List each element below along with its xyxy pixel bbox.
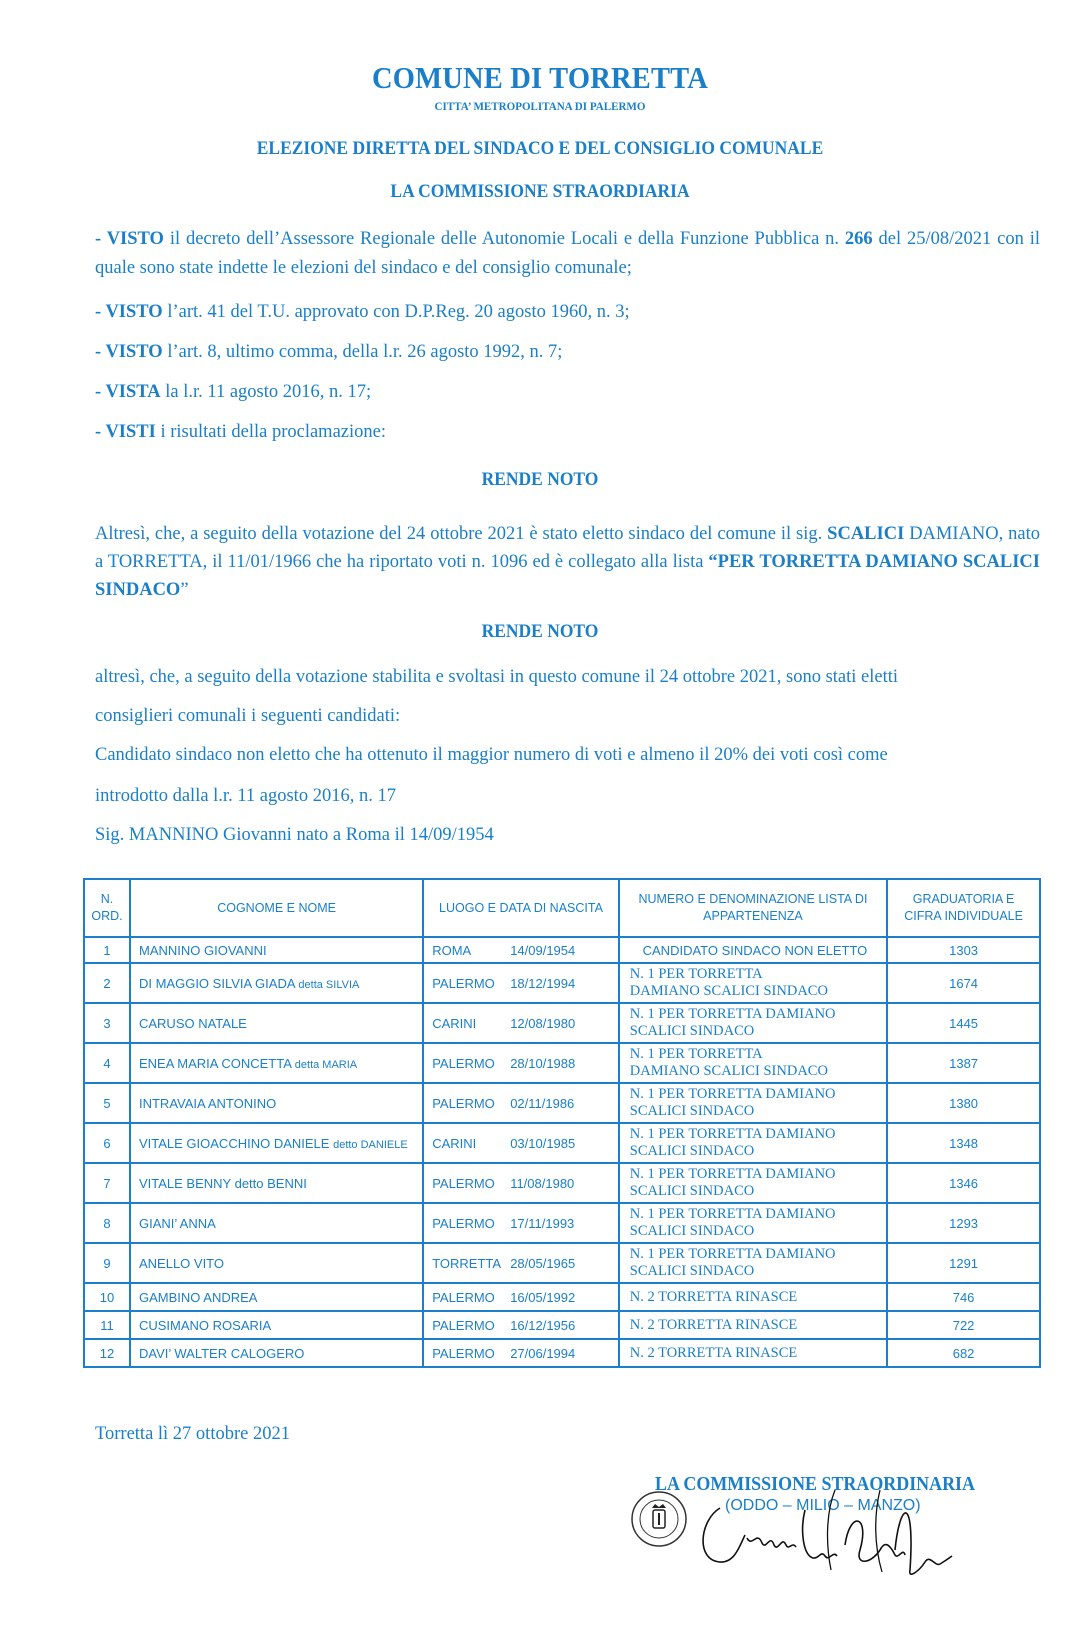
consideration-2: - VISTO l’art. 41 del T.U. approvato con… <box>95 302 630 323</box>
candidate-name: VITALE GIOACCHINO DANIELE detto DANIELE <box>130 1123 423 1163</box>
birth-date: 03/10/1985 <box>510 1136 575 1151</box>
birth-info: ROMA14/09/1954 <box>423 937 619 963</box>
list-affiliation: CANDIDATO SINDACO NON ELETTO <box>619 937 887 963</box>
list-line-1: N. 2 TORRETTA RINASCE <box>630 1289 880 1306</box>
list-line-1: CANDIDATO SINDACO NON ELETTO <box>630 942 880 959</box>
birth-date: 11/08/1980 <box>510 1176 574 1191</box>
table-row: 8GIANI’ ANNAPALERMO17/11/1993N. 1 PER TO… <box>84 1203 1040 1243</box>
list-line-2: DAMIANO SCALICI SINDACO <box>630 983 880 1000</box>
birth-place: PALERMO <box>432 1176 510 1191</box>
candidate-full-name: CUSIMANO ROSARIA <box>139 1318 271 1333</box>
mayor-election-paragraph: Altresì, che, a seguito della votazione … <box>95 520 1040 604</box>
row-number: 2 <box>84 963 130 1003</box>
list-affiliation: N. 1 PER TORRETTA DAMIANOSCALICI SINDACO <box>619 1003 887 1043</box>
candidate-name: GIANI’ ANNA <box>130 1203 423 1243</box>
candidate-name: CUSIMANO ROSARIA <box>130 1311 423 1339</box>
consideration-1: - VISTO il decreto dell’Assessore Region… <box>95 225 1040 283</box>
col-header-votes: GRADUATORIA E CIFRA INDIVIDUALE <box>887 879 1040 937</box>
candidate-name: DI MAGGIO SILVIA GIADA detta SILVIA <box>130 963 423 1003</box>
birth-info: PALERMO27/06/1994 <box>423 1339 619 1367</box>
consideration-text: la l.r. 11 agosto 2016, n. 17; <box>161 382 372 402</box>
birth-info: PALERMO17/11/1993 <box>423 1203 619 1243</box>
candidate-full-name: DI MAGGIO SILVIA GIADA <box>139 976 298 991</box>
rende-noto-heading-2: RENDE NOTO <box>43 621 1037 643</box>
table-row: 1MANNINO GIOVANNIROMA14/09/1954CANDIDATO… <box>84 937 1040 963</box>
individual-votes: 746 <box>887 1283 1040 1311</box>
list-line-2: SCALICI SINDACO <box>630 1263 880 1280</box>
individual-votes: 1346 <box>887 1163 1040 1203</box>
consideration-keyword: - VISTO <box>95 342 163 362</box>
councillors-line-3: Candidato sindaco non eletto che ha otte… <box>95 745 888 766</box>
list-line-2: SCALICI SINDACO <box>630 1183 880 1200</box>
consideration-text: l’art. 8, ultimo comma, della l.r. 26 ag… <box>163 342 563 362</box>
list-affiliation: N. 1 PER TORRETTA DAMIANOSCALICI SINDACO <box>619 1203 887 1243</box>
candidate-full-name: ENEA MARIA CONCETTA <box>139 1056 295 1071</box>
candidate-full-name: ANELLO VITO <box>139 1256 224 1271</box>
consideration-text: l’art. 41 del T.U. approvato con D.P.Reg… <box>163 302 630 322</box>
list-line-1: N. 2 TORRETTA RINASCE <box>630 1317 880 1334</box>
list-affiliation: N. 1 PER TORRETTA DAMIANOSCALICI SINDACO <box>619 1083 887 1123</box>
col-header-birth: LUOGO E DATA DI NASCITA <box>423 879 619 937</box>
mayor-surname: SCALICI <box>827 524 904 544</box>
list-affiliation: N. 1 PER TORRETTADAMIANO SCALICI SINDACO <box>619 963 887 1003</box>
candidate-alias: detto DANIELE <box>333 1139 408 1151</box>
elected-councillors-table: N. ORD. COGNOME E NOME LUOGO E DATA DI N… <box>83 878 1041 1368</box>
page-subtitle: CITTA’ METROPOLITANA DI PALERMO <box>43 99 1037 114</box>
birth-date: 16/12/1956 <box>510 1318 575 1333</box>
list-line-1: N. 1 PER TORRETTA DAMIANO <box>630 1006 880 1023</box>
row-number: 4 <box>84 1043 130 1083</box>
list-line-2: DAMIANO SCALICI SINDACO <box>630 1063 880 1080</box>
row-number: 6 <box>84 1123 130 1163</box>
list-affiliation: N. 2 TORRETTA RINASCE <box>619 1339 887 1367</box>
consideration-keyword: - VISTO <box>95 302 163 322</box>
table-row: 5INTRAVAIA ANTONINOPALERMO02/11/1986N. 1… <box>84 1083 1040 1123</box>
candidate-alias: detta MARIA <box>295 1059 357 1071</box>
list-affiliation: N. 1 PER TORRETTA DAMIANOSCALICI SINDACO <box>619 1163 887 1203</box>
birth-place: PALERMO <box>432 976 510 991</box>
birth-info: PALERMO16/12/1956 <box>423 1311 619 1339</box>
list-line-1: N. 2 TORRETTA RINASCE <box>630 1345 880 1362</box>
row-number: 1 <box>84 937 130 963</box>
candidate-name: INTRAVAIA ANTONINO <box>130 1083 423 1123</box>
individual-votes: 1291 <box>887 1243 1040 1283</box>
row-number: 9 <box>84 1243 130 1283</box>
list-line-1: N. 1 PER TORRETTA DAMIANO <box>630 1086 880 1103</box>
candidate-name: CARUSO NATALE <box>130 1003 423 1043</box>
candidate-full-name: GIANI’ ANNA <box>139 1216 216 1231</box>
candidate-full-name: INTRAVAIA ANTONINO <box>139 1096 276 1111</box>
consideration-3: - VISTO l’art. 8, ultimo comma, della l.… <box>95 342 562 363</box>
candidate-full-name: DAVI’ WALTER CALOGERO <box>139 1346 304 1361</box>
birth-place: TORRETTA <box>432 1256 510 1271</box>
consideration-5: - VISTI i risultati della proclamazione: <box>95 422 386 443</box>
table-row: 4ENEA MARIA CONCETTA detta MARIAPALERMO2… <box>84 1043 1040 1083</box>
list-line-1: N. 1 PER TORRETTA <box>630 1046 880 1063</box>
decree-number: 266 <box>845 229 873 249</box>
municipal-seal-icon <box>630 1490 688 1548</box>
document-date: Torretta lì 27 ottobre 2021 <box>95 1424 290 1445</box>
table-header-row: N. ORD. COGNOME E NOME LUOGO E DATA DI N… <box>84 879 1040 937</box>
candidate-name: MANNINO GIOVANNI <box>130 937 423 963</box>
list-line-1: N. 1 PER TORRETTA <box>630 966 880 983</box>
individual-votes: 1674 <box>887 963 1040 1003</box>
list-line-2: SCALICI SINDACO <box>630 1023 880 1040</box>
birth-place: PALERMO <box>432 1346 510 1361</box>
col-header-list: NUMERO E DENOMINAZIONE LISTA DI APPARTEN… <box>619 879 887 937</box>
table-row: 9ANELLO VITOTORRETTA28/05/1965N. 1 PER T… <box>84 1243 1040 1283</box>
birth-place: PALERMO <box>432 1290 510 1305</box>
row-number: 11 <box>84 1311 130 1339</box>
birth-date: 02/11/1986 <box>510 1096 574 1111</box>
individual-votes: 682 <box>887 1339 1040 1367</box>
birth-info: PALERMO02/11/1986 <box>423 1083 619 1123</box>
list-line-2: SCALICI SINDACO <box>630 1103 880 1120</box>
col-header-number: N. ORD. <box>84 879 130 937</box>
birth-info: CARINI03/10/1985 <box>423 1123 619 1163</box>
birth-info: CARINI12/08/1980 <box>423 1003 619 1043</box>
consideration-keyword: - VISTI <box>95 422 156 442</box>
birth-place: ROMA <box>432 943 510 958</box>
table-row: 10GAMBINO ANDREAPALERMO16/05/1992N. 2 TO… <box>84 1283 1040 1311</box>
list-line-2: SCALICI SINDACO <box>630 1223 880 1240</box>
individual-votes: 1348 <box>887 1123 1040 1163</box>
individual-votes: 1445 <box>887 1003 1040 1043</box>
individual-votes: 1380 <box>887 1083 1040 1123</box>
birth-date: 27/06/1994 <box>510 1346 575 1361</box>
consideration-text: il decreto dell’Assessore Regionale dell… <box>164 229 845 249</box>
handwritten-signature-icon <box>695 1490 995 1575</box>
councillors-line-5: Sig. MANNINO Giovanni nato a Roma il 14/… <box>95 825 494 846</box>
birth-place: CARINI <box>432 1136 510 1151</box>
candidate-name: DAVI’ WALTER CALOGERO <box>130 1339 423 1367</box>
table-row: 7VITALE BENNY detto BENNIPALERMO11/08/19… <box>84 1163 1040 1203</box>
birth-info: PALERMO11/08/1980 <box>423 1163 619 1203</box>
row-number: 7 <box>84 1163 130 1203</box>
birth-place: PALERMO <box>432 1216 510 1231</box>
councillors-line-4: introdotto dalla l.r. 11 agosto 2016, n.… <box>95 786 396 807</box>
row-number: 12 <box>84 1339 130 1367</box>
authority-heading: LA COMMISSIONE STRAORDIARIA <box>43 181 1037 203</box>
table-row: 11CUSIMANO ROSARIAPALERMO16/12/1956N. 2 … <box>84 1311 1040 1339</box>
paragraph-text: Altresì, che, a seguito della votazione … <box>95 524 827 544</box>
councillors-line-1: altresì, che, a seguito della votazione … <box>95 667 898 688</box>
birth-place: CARINI <box>432 1016 510 1031</box>
birth-place: PALERMO <box>432 1056 510 1071</box>
candidate-full-name: CARUSO NATALE <box>139 1016 247 1031</box>
list-affiliation: N. 1 PER TORRETTA DAMIANOSCALICI SINDACO <box>619 1243 887 1283</box>
candidate-name: GAMBINO ANDREA <box>130 1283 423 1311</box>
candidate-name: VITALE BENNY detto BENNI <box>130 1163 423 1203</box>
birth-info: PALERMO28/10/1988 <box>423 1043 619 1083</box>
birth-info: PALERMO16/05/1992 <box>423 1283 619 1311</box>
candidate-full-name: VITALE BENNY detto BENNI <box>139 1176 307 1191</box>
individual-votes: 1387 <box>887 1043 1040 1083</box>
consideration-text: i risultati della proclamazione: <box>156 422 386 442</box>
candidate-full-name: VITALE GIOACCHINO DANIELE <box>139 1136 333 1151</box>
individual-votes: 722 <box>887 1311 1040 1339</box>
individual-votes: 1293 <box>887 1203 1040 1243</box>
birth-date: 28/05/1965 <box>510 1256 575 1271</box>
election-heading: ELEZIONE DIRETTA DEL SINDACO E DEL CONSI… <box>43 138 1037 160</box>
birth-date: 28/10/1988 <box>510 1056 575 1071</box>
list-line-1: N. 1 PER TORRETTA DAMIANO <box>630 1206 880 1223</box>
list-line-1: N. 1 PER TORRETTA DAMIANO <box>630 1126 880 1143</box>
list-line-1: N. 1 PER TORRETTA DAMIANO <box>630 1166 880 1183</box>
birth-date: 18/12/1994 <box>510 976 575 991</box>
candidate-alias: detta SILVIA <box>298 979 359 991</box>
consideration-keyword: - VISTA <box>95 382 161 402</box>
list-affiliation: N. 2 TORRETTA RINASCE <box>619 1283 887 1311</box>
paragraph-text: ” <box>180 580 188 600</box>
birth-date: 12/08/1980 <box>510 1016 575 1031</box>
birth-place: PALERMO <box>432 1318 510 1333</box>
candidate-name: ANELLO VITO <box>130 1243 423 1283</box>
list-line-1: N. 1 PER TORRETTA DAMIANO <box>630 1246 880 1263</box>
consideration-keyword: - VISTO <box>95 229 164 249</box>
candidate-name: ENEA MARIA CONCETTA detta MARIA <box>130 1043 423 1083</box>
table-row: 6VITALE GIOACCHINO DANIELE detto DANIELE… <box>84 1123 1040 1163</box>
row-number: 8 <box>84 1203 130 1243</box>
birth-date: 16/05/1992 <box>510 1290 575 1305</box>
councillors-line-2: consiglieri comunali i seguenti candidat… <box>95 706 400 727</box>
birth-date: 17/11/1993 <box>510 1216 574 1231</box>
consideration-4: - VISTA la l.r. 11 agosto 2016, n. 17; <box>95 382 371 403</box>
birth-place: PALERMO <box>432 1096 510 1111</box>
rende-noto-heading-1: RENDE NOTO <box>43 469 1037 491</box>
birth-info: TORRETTA28/05/1965 <box>423 1243 619 1283</box>
candidate-full-name: MANNINO GIOVANNI <box>139 943 267 958</box>
candidate-full-name: GAMBINO ANDREA <box>139 1290 257 1305</box>
birth-date: 14/09/1954 <box>510 943 575 958</box>
list-line-2: SCALICI SINDACO <box>630 1143 880 1160</box>
table-row: 12DAVI’ WALTER CALOGEROPALERMO27/06/1994… <box>84 1339 1040 1367</box>
row-number: 3 <box>84 1003 130 1043</box>
list-affiliation: N. 1 PER TORRETTADAMIANO SCALICI SINDACO <box>619 1043 887 1083</box>
page-title: COMUNE DI TORRETTA <box>43 60 1037 96</box>
table-row: 3CARUSO NATALECARINI12/08/1980N. 1 PER T… <box>84 1003 1040 1043</box>
birth-info: PALERMO18/12/1994 <box>423 963 619 1003</box>
list-affiliation: N. 2 TORRETTA RINASCE <box>619 1311 887 1339</box>
list-affiliation: N. 1 PER TORRETTA DAMIANOSCALICI SINDACO <box>619 1123 887 1163</box>
table-row: 2DI MAGGIO SILVIA GIADA detta SILVIAPALE… <box>84 963 1040 1003</box>
row-number: 10 <box>84 1283 130 1311</box>
col-header-name: COGNOME E NOME <box>130 879 423 937</box>
individual-votes: 1303 <box>887 937 1040 963</box>
row-number: 5 <box>84 1083 130 1123</box>
